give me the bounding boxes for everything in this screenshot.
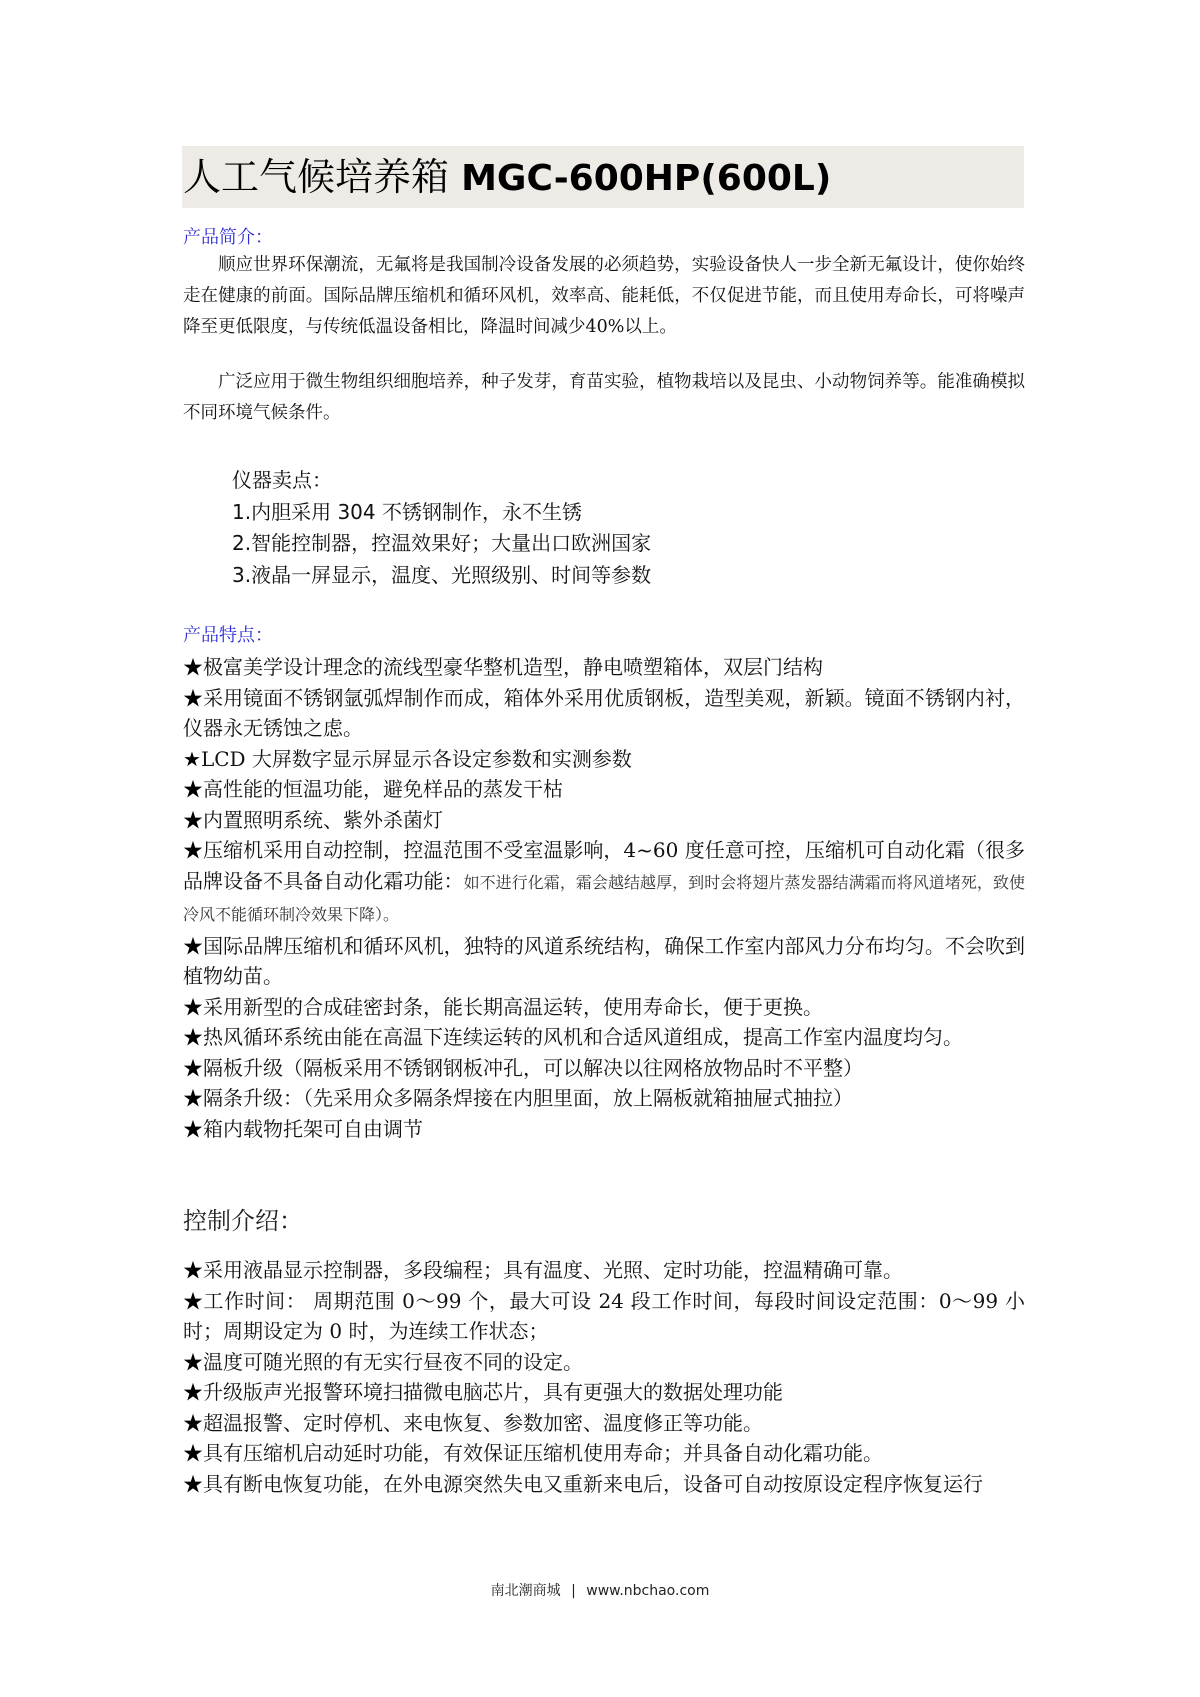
selling-point-item: 2.智能控制器，控温效果好；大量出口欧洲国家: [232, 528, 651, 560]
selling-points-title: 仪器卖点：: [232, 465, 651, 497]
feature-item: ★极富美学设计理念的流线型豪华整机造型，静电喷塑箱体，双层门结构: [183, 652, 1025, 683]
page-title: 人工气候培养箱 MGC-600HP(600L): [183, 152, 831, 204]
footer-site-name: 南北潮商城: [491, 1583, 561, 1599]
control-item: ★具有压缩机启动延时功能，有效保证压缩机使用寿命；并具备自动化霜功能。: [183, 1438, 1025, 1469]
intro-heading: 产品简介：: [183, 226, 273, 250]
control-text: 温度可随光照的有无实行昼夜不同的设定。: [203, 1350, 583, 1374]
star-icon: ★: [183, 1411, 203, 1435]
star-icon: ★: [183, 1289, 204, 1313]
feature-item: ★采用新型的合成硅密封条，能长期高温运转，使用寿命长，便于更换。: [183, 992, 1025, 1023]
feature-item: ★采用镜面不锈钢氩弧焊制作而成，箱体外采用优质钢板，造型美观，新颖。镜面不锈钢内…: [183, 683, 1025, 744]
star-icon: ★: [183, 934, 203, 958]
control-list: ★采用液晶显示控制器，多段编程；具有温度、光照、定时功能，控温精确可靠。 ★工作…: [183, 1255, 1025, 1499]
star-icon: ★: [183, 1025, 203, 1049]
control-item: ★超温报警、定时停机、来电恢复、参数加密、温度修正等功能。: [183, 1408, 1025, 1439]
feature-item: ★国际品牌压缩机和循环风机，独特的风道系统结构，确保工作室内部风力分布均匀。不会…: [183, 931, 1025, 992]
feature-item: ★箱内载物托架可自由调节: [183, 1114, 1025, 1145]
footer-separator: |: [571, 1583, 576, 1599]
feature-item: ★高性能的恒温功能，避免样品的蒸发干枯: [183, 774, 1025, 805]
feature-item: ★LCD 大屏数字显示屏显示各设定参数和实测参数: [183, 744, 1025, 775]
feature-text: 箱内载物托架可自由调节: [203, 1117, 423, 1141]
control-text: 采用液晶显示控制器，多段编程；具有温度、光照、定时功能，控温精确可靠。: [203, 1258, 903, 1282]
control-text: 具有断电恢复功能，在外电源突然失电又重新来电后，设备可自动按原设定程序恢复运行: [203, 1472, 983, 1496]
star-icon: ★: [183, 1441, 203, 1465]
control-item: ★采用液晶显示控制器，多段编程；具有温度、光照、定时功能，控温精确可靠。: [183, 1255, 1025, 1286]
feature-item: ★内置照明系统、紫外杀菌灯: [183, 805, 1025, 836]
control-item: ★升级版声光报警环境扫描微电脑芯片，具有更强大的数据处理功能: [183, 1377, 1025, 1408]
feature-item: ★热风循环系统由能在高温下连续运转的风机和合适风道组成，提高工作室内温度均匀。: [183, 1022, 1025, 1053]
intro-paragraph-1: 顺应世界环保潮流，无氟将是我国制冷设备发展的必须趋势，实验设备快人一步全新无氟设…: [183, 250, 1025, 343]
star-icon: ★: [183, 655, 203, 679]
control-text: 升级版声光报警环境扫描微电脑芯片，具有更强大的数据处理功能: [203, 1380, 783, 1404]
star-icon: ★: [183, 686, 203, 710]
selling-point-item: 3.液晶一屏显示，温度、光照级别、时间等参数: [232, 560, 651, 592]
feature-text: 内置照明系统、紫外杀菌灯: [203, 808, 443, 832]
feature-text: 国际品牌压缩机和循环风机，独特的风道系统结构，确保工作室内部风力分布均匀。不会吹…: [183, 934, 1025, 989]
control-item: ★工作时间： 周期范围 0～99 个，最大可设 24 段工作时间，每段时间设定范…: [183, 1286, 1025, 1347]
intro-paragraph-2: 广泛应用于微生物组织细胞培养，种子发芽，育苗实验，植物栽培以及昆虫、小动物饲养等…: [183, 367, 1025, 429]
star-icon: ★: [183, 1117, 203, 1141]
control-heading: 控制介绍：: [183, 1206, 303, 1236]
feature-text: LCD 大屏数字显示屏显示各设定参数和实测参数: [201, 747, 632, 771]
title-model: MGC-600HP(600L): [461, 158, 831, 199]
star-icon: ★: [183, 1086, 203, 1110]
selling-points: 仪器卖点： 1.内胆采用 304 不锈钢制作，永不生锈 2.智能控制器，控温效果…: [232, 465, 651, 591]
document-page: 人工气候培养箱 MGC-600HP(600L) 产品简介： 顺应世界环保潮流，无…: [0, 0, 1200, 1697]
selling-point-item: 1.内胆采用 304 不锈钢制作，永不生锈: [232, 497, 651, 529]
control-item: ★具有断电恢复功能，在外电源突然失电又重新来电后，设备可自动按原设定程序恢复运行: [183, 1469, 1025, 1500]
feature-text: 采用镜面不锈钢氩弧焊制作而成，箱体外采用优质钢板，造型美观，新颖。镜面不锈钢内衬…: [183, 686, 1025, 741]
control-text: 具有压缩机启动延时功能，有效保证压缩机使用寿命；并具备自动化霜功能。: [203, 1441, 883, 1465]
feature-text: 高性能的恒温功能，避免样品的蒸发干枯: [203, 777, 563, 801]
feature-text: 极富美学设计理念的流线型豪华整机造型，静电喷塑箱体，双层门结构: [203, 655, 823, 679]
star-icon: ★: [183, 808, 203, 832]
star-icon: ★: [183, 1258, 203, 1282]
control-text: 超温报警、定时停机、来电恢复、参数加密、温度修正等功能。: [203, 1411, 763, 1435]
star-icon: ★: [183, 747, 201, 771]
feature-item: ★隔条升级：（先采用众多隔条焊接在内胆里面，放上隔板就箱抽屉式抽拉）: [183, 1083, 1025, 1114]
control-item: ★温度可随光照的有无实行昼夜不同的设定。: [183, 1347, 1025, 1378]
page-footer: 南北潮商城 | www.nbchao.com: [0, 1580, 1200, 1600]
feature-item: ★隔板升级（隔板采用不锈钢钢板冲孔，可以解决以往网格放物品时不平整）: [183, 1053, 1025, 1084]
title-cn: 人工气候培养箱: [183, 155, 461, 199]
features-list: ★极富美学设计理念的流线型豪华整机造型，静电喷塑箱体，双层门结构 ★采用镜面不锈…: [183, 652, 1025, 1144]
star-icon: ★: [183, 995, 203, 1019]
feature-item: ★压缩机采用自动控制，控温范围不受室温影响，4~60 度任意可控，压缩机可自动化…: [183, 835, 1025, 931]
star-icon: ★: [183, 838, 203, 862]
features-heading: 产品特点：: [183, 624, 273, 648]
star-icon: ★: [183, 1380, 203, 1404]
star-icon: ★: [183, 777, 203, 801]
feature-text: 采用新型的合成硅密封条，能长期高温运转，使用寿命长，便于更换。: [203, 995, 823, 1019]
control-text: 工作时间： 周期范围 0～99 个，最大可设 24 段工作时间，每段时间设定范围…: [183, 1289, 1025, 1344]
footer-url-link[interactable]: www.nbchao.com: [586, 1583, 709, 1599]
star-icon: ★: [183, 1350, 203, 1374]
feature-text: 隔条升级：（先采用众多隔条焊接在内胆里面，放上隔板就箱抽屉式抽拉）: [203, 1086, 853, 1110]
star-icon: ★: [183, 1056, 203, 1080]
feature-text: 热风循环系统由能在高温下连续运转的风机和合适风道组成，提高工作室内温度均匀。: [203, 1025, 963, 1049]
feature-text: 隔板升级（隔板采用不锈钢钢板冲孔，可以解决以往网格放物品时不平整）: [203, 1056, 863, 1080]
star-icon: ★: [183, 1472, 203, 1496]
